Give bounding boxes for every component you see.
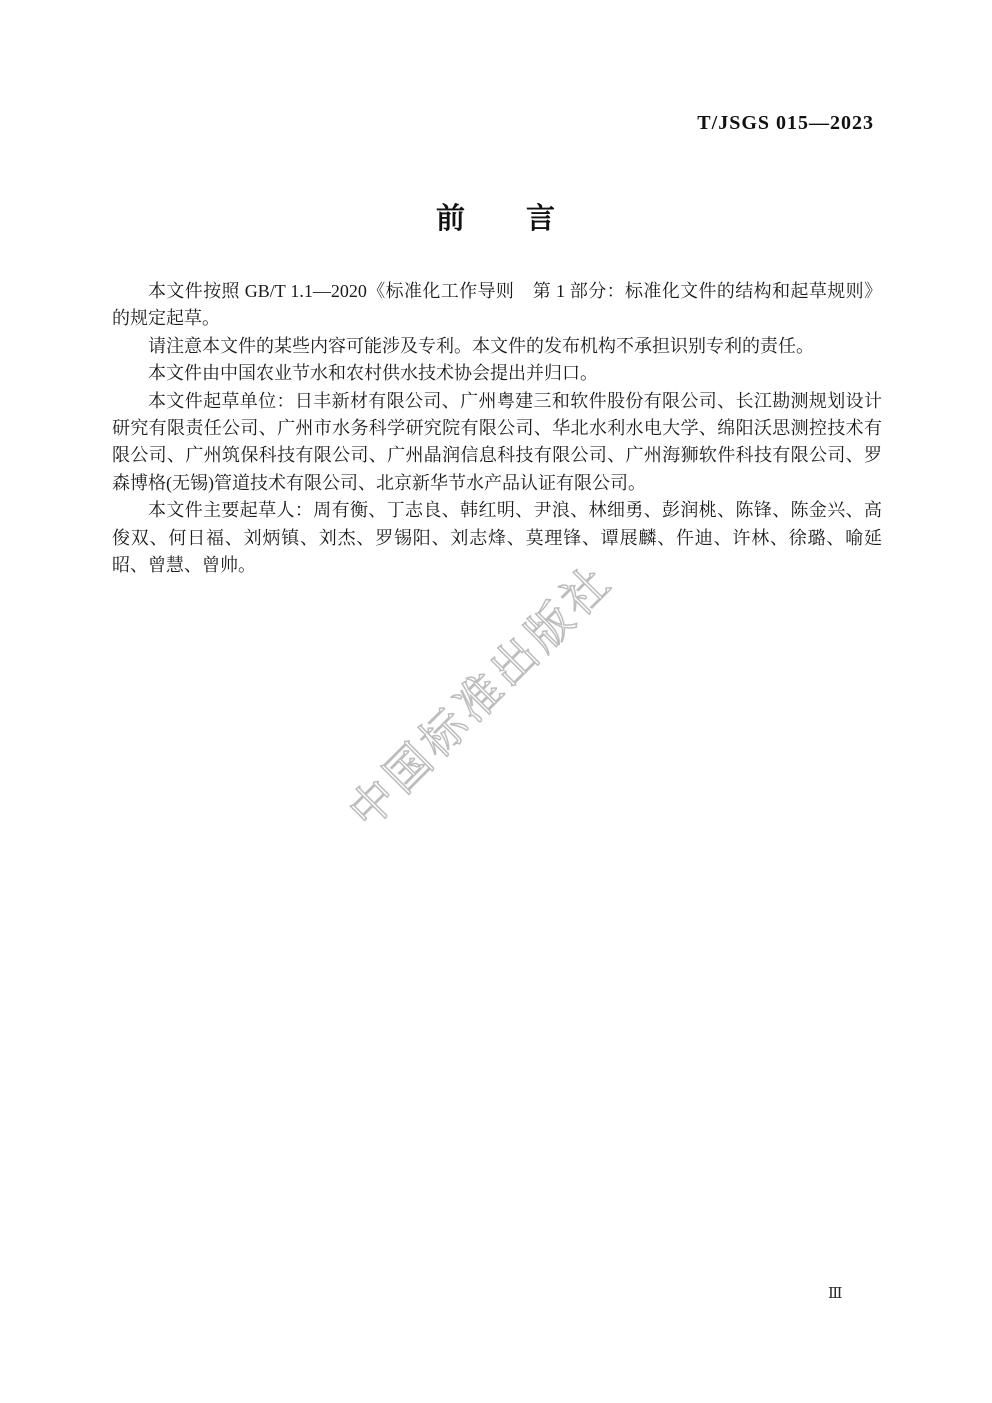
standard-doc-code: T/JSGS 015—2023 (697, 112, 874, 135)
paragraph-patent-notice: 请注意本文件的某些内容可能涉及专利。本文件的发布机构不承担识别专利的责任。 (112, 333, 882, 360)
document-page: T/JSGS 015—2023 前 言 本文件按照 GB/T 1.1—2020《… (0, 0, 992, 1403)
paragraph-proposing-body: 本文件由中国农业节水和农村供水技术协会提出并归口。 (112, 360, 882, 387)
paragraph-main-drafters: 本文件主要起草人：周有衡、丁志良、韩红明、尹浪、林细勇、彭润桃、陈锋、陈金兴、高… (112, 497, 882, 579)
paragraph-drafting-organizations: 本文件起草单位：日丰新材有限公司、广州粤建三和软件股份有限公司、长江勘测规划设计… (112, 388, 882, 498)
paragraph-drafting-rules: 本文件按照 GB/T 1.1—2020《标准化工作导则 第 1 部分：标准化文件… (112, 278, 882, 333)
publisher-watermark: 中国标准出版社 (331, 546, 624, 839)
page-title: 前 言 (0, 196, 992, 237)
foreword-body: 本文件按照 GB/T 1.1—2020《标准化工作导则 第 1 部分：标准化文件… (112, 278, 882, 579)
page-number: Ⅲ (828, 1284, 842, 1303)
